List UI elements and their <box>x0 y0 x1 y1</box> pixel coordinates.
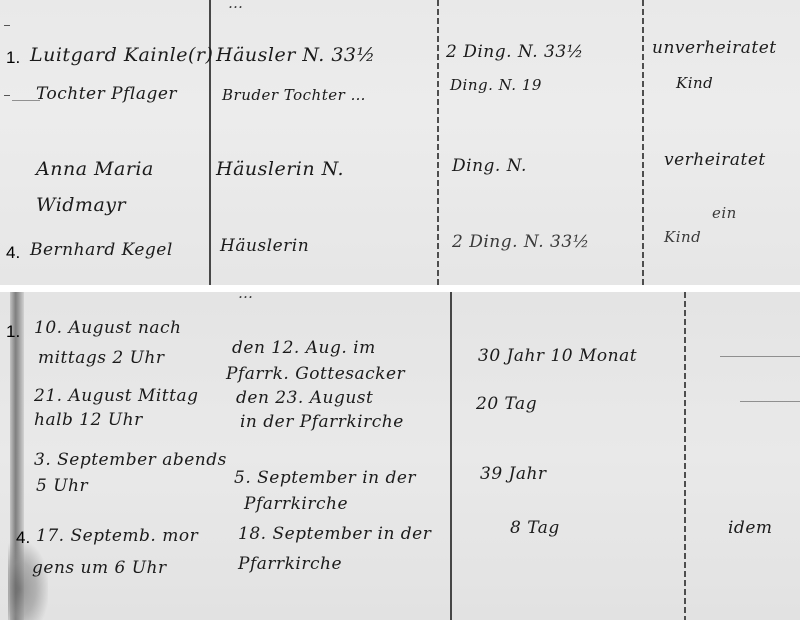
margin-tick <box>4 25 10 26</box>
ruled-line <box>720 356 800 357</box>
entry-death-line: mittags 2 Uhr <box>38 348 165 368</box>
header-fragment: … <box>228 0 244 12</box>
column-divider <box>209 0 211 285</box>
entry-col3-line: 2 Ding. N. 33½ <box>446 42 584 62</box>
entry-age-line: 8 Tag <box>510 518 560 538</box>
entry-death-line: 10. August nach <box>34 318 182 338</box>
entry-burial-line: 5. September in der <box>234 468 416 488</box>
column-divider <box>684 292 686 620</box>
entry-death-line: halb 12 Uhr <box>34 410 143 430</box>
entry-burial-line: in der Pfarrkirche <box>240 412 404 432</box>
entry-number: 1. <box>6 322 20 342</box>
fragment-separator <box>0 285 800 292</box>
entry-death-line: 5 Uhr <box>36 476 88 496</box>
header-fragment: … <box>238 292 254 302</box>
entry-burial-line: 18. September in der <box>238 524 431 544</box>
entry-name-line: Widmayr <box>36 194 126 216</box>
entry-name-line: Bernhard Kegel <box>30 240 173 260</box>
entry-number: 1. <box>6 48 20 68</box>
entry-status-line: ein <box>712 204 737 222</box>
entry-status-line: Kind <box>664 228 701 246</box>
entry-burial-line: Pfarrkirche <box>238 554 342 574</box>
entry-death-line: gens um 6 Uhr <box>32 558 167 578</box>
entry-name-line: Luitgard Kainle(r) <box>30 44 213 66</box>
entry-col3-line: 2 Ding. N. 33½ <box>452 232 590 252</box>
ruled-line <box>740 401 800 402</box>
ink-smudge <box>8 542 48 620</box>
entry-house-line: Häusler N. 33½ <box>216 44 375 66</box>
entry-house-line: Häuslerin N. <box>216 158 344 180</box>
column-divider <box>642 0 644 285</box>
entry-death-line: 3. September abends <box>34 450 227 470</box>
entry-col3-line: Ding. N. <box>452 156 527 176</box>
entry-burial-line: den 12. Aug. im <box>232 338 376 358</box>
entry-col3-line: Ding. N. 19 <box>450 76 542 94</box>
entry-age-line: 39 Jahr <box>480 464 547 484</box>
entry-status-line: Kind <box>676 74 713 92</box>
register-fragment-top: … 1. Luitgard Kainle(r) Tochter Pflager … <box>0 0 800 285</box>
entry-number: 4. <box>6 243 20 263</box>
entry-death-line: 17. Septemb. mor <box>36 526 198 546</box>
entry-house-line: Bruder Tochter … <box>222 86 366 104</box>
entry-status-line: unverheiratet <box>652 38 777 58</box>
entry-house-line: Häuslerin <box>220 236 309 256</box>
margin-tick <box>4 95 10 96</box>
entry-age-line: 30 Jahr 10 Monat <box>478 346 637 366</box>
entry-name-line: Tochter Pflager <box>36 84 177 104</box>
column-divider <box>437 0 439 285</box>
entry-name-line: Anna Maria <box>36 158 154 180</box>
entry-death-line: 21. August Mittag <box>34 386 198 406</box>
entry-remark-line: idem <box>728 518 773 538</box>
entry-age-line: 20 Tag <box>476 394 537 414</box>
entry-burial-line: Pfarrkirche <box>244 494 348 514</box>
entry-burial-line: den 23. August <box>236 388 373 408</box>
column-divider <box>450 292 452 620</box>
entry-burial-line: Pfarrk. Gottesacker <box>226 364 405 384</box>
entry-status-line: verheiratet <box>664 150 766 170</box>
entry-number: 4. <box>16 528 30 548</box>
register-fragment-bottom: … 1. 10. August nach mittags 2 Uhr den 1… <box>0 292 800 620</box>
